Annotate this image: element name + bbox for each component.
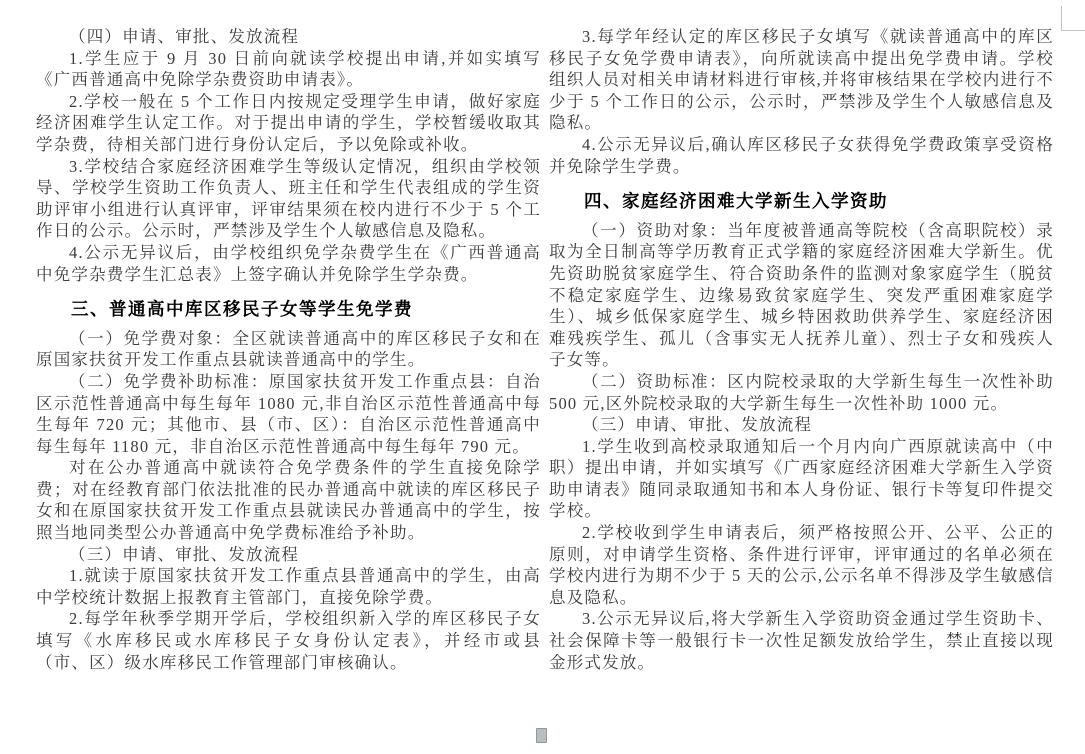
corner-guide-icon xyxy=(1061,6,1085,31)
paragraph-aid-step-1: 1.学生收到高校录取通知后一个月内向广西原就读高中（中职）提出申请，并如实填写《… xyxy=(549,436,1054,522)
section-heading-4: 四、家庭经济困难大学新生入学资助 xyxy=(549,191,1054,213)
paragraph-aid-flow-title: （三）申请、审批、发放流程 xyxy=(549,414,1054,436)
paragraph-waiver-target: （一）免学费对象：全区就读普通高中的库区移民子女和在原国家扶贫开发工作重点县就读… xyxy=(36,328,541,371)
text-column-right: 3.每学年经认定的库区移民子女填写《就读普通高中的库区移民子女免学费申请表》，向… xyxy=(549,26,1054,673)
paragraph-waiver-standard: （二）免学费补助标准：原国家扶贫开发工作重点县：自治区示范性普通高中每生每年 1… xyxy=(36,371,541,457)
paragraph-aid-step-2: 2.学校收到学生申请表后，须严格按照公开、公平、公正的原则，对申请学生资格、条件… xyxy=(549,522,1054,608)
paragraph-waiver-step-4: 4.公示无异议后,确认库区移民子女获得免学费政策享受资格并免除学生学费。 xyxy=(549,134,1054,177)
paragraph-aid-step-3: 3.公示无异议后,将大学新生入学资助资金通过学生资助卡、社会保障卡等一般银行卡一… xyxy=(549,608,1054,673)
paragraph-apply-step-3: 3.学校结合家庭经济困难学生等级认定情况，组织由学校领导、学校学生资助工作负责人… xyxy=(36,156,541,242)
paragraph-aid-target: （一）资助对象：当年度被普通高等院校（含高职院校）录取为全日制高等学历教育正式学… xyxy=(549,220,1054,371)
paragraph-waiver-public-private: 对在公办普通高中就读符合免学费条件的学生直接免除学费；对在经教育部门依法批准的民… xyxy=(36,457,541,543)
paragraph-waiver-flow-title: （三）申请、审批、发放流程 xyxy=(36,544,541,566)
paragraph-apply-step-4: 4.公示无异议后，由学校组织免学杂费学生在《广西普通高中免学杂费学生汇总表》上签… xyxy=(36,242,541,285)
page-marker xyxy=(536,728,547,743)
paragraph-aid-standard: （二）资助标准：区内院校录取的大学新生每生一次性补助 500 元,区外院校录取的… xyxy=(549,371,1054,414)
paragraph-apply-step-2: 2.学校一般在 5 个工作日内按规定受理学生申请，做好家庭经济困难学生认定工作。… xyxy=(36,91,541,156)
paragraph-waiver-step-1: 1.就读于原国家扶贫开发工作重点县普通高中的学生，由高中学校统计数据上报教育主管… xyxy=(36,565,541,608)
paragraph-apply-flow-title: （四）申请、审批、发放流程 xyxy=(36,26,541,48)
paragraph-apply-step-1: 1.学生应于 9 月 30 日前向就读学校提出申请,并如实填写《广西普通高中免除… xyxy=(36,48,541,91)
document-page: （四）申请、审批、发放流程 1.学生应于 9 月 30 日前向就读学校提出申请,… xyxy=(0,0,1085,754)
text-column-left: （四）申请、审批、发放流程 1.学生应于 9 月 30 日前向就读学校提出申请,… xyxy=(36,26,541,673)
section-heading-3: 三、普通高中库区移民子女等学生免学费 xyxy=(36,299,541,321)
paragraph-waiver-step-3: 3.每学年经认定的库区移民子女填写《就读普通高中的库区移民子女免学费申请表》，向… xyxy=(549,26,1054,134)
paragraph-waiver-step-2: 2.每学年秋季学期开学后，学校组织新入学的库区移民子女填写《水库移民或水库移民子… xyxy=(36,608,541,673)
